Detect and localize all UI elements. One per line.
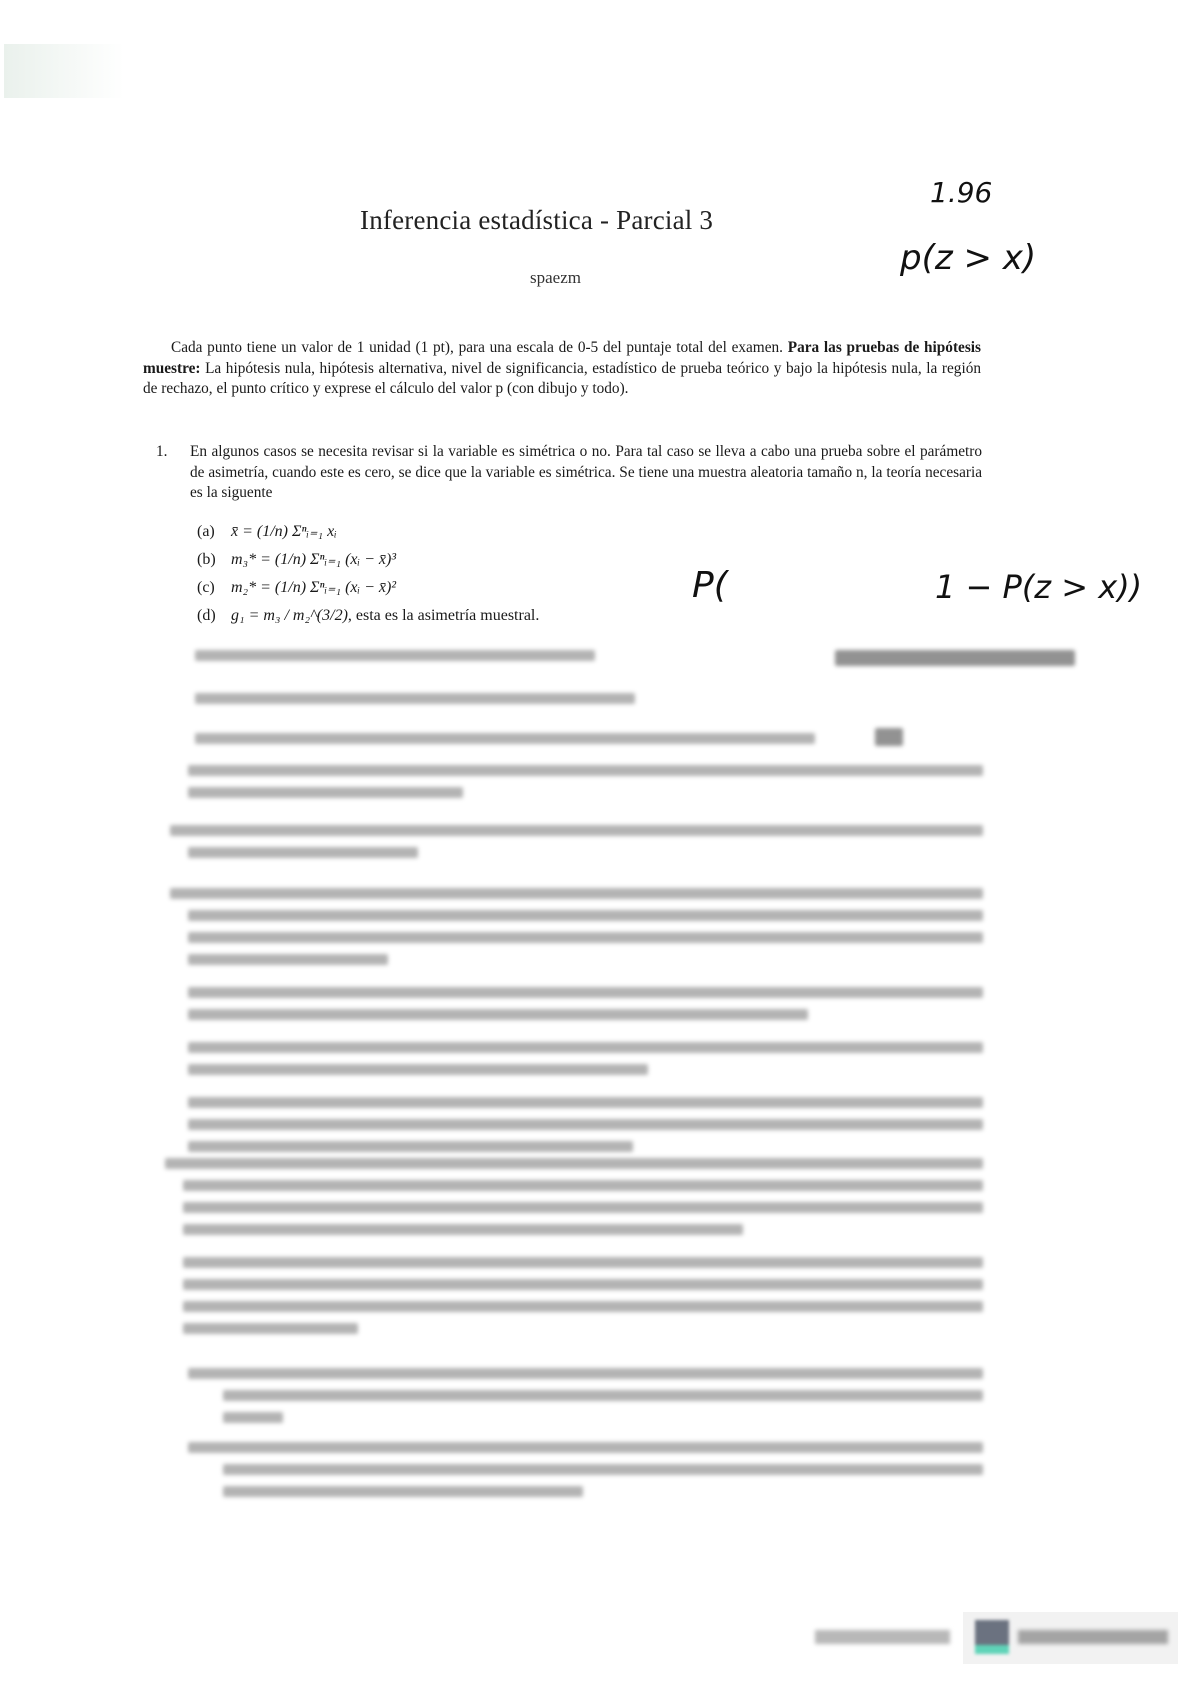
blurred-question-2: [170, 825, 983, 869]
handwritten-note-critical-value: 1.96: [930, 176, 992, 209]
formula-item: (d) g₁ = m₃ / m₂^(3/2), esta es la asime…: [197, 602, 539, 630]
question-text: En algunos casos se necesita revisar si …: [190, 442, 982, 504]
instructions-line1: Cada punto tiene un valor de 1 unidad (1…: [171, 339, 783, 356]
formula-label: (c): [197, 574, 227, 602]
scan-artifact: [4, 44, 124, 98]
document-title: Inferencia estadística - Parcial 3: [360, 205, 713, 236]
formula-label: (d): [197, 602, 227, 630]
blurred-subitem-a: [188, 1368, 983, 1434]
formula-item: (a) x̄ = (1/n) Σⁿᵢ₌₁ xᵢ: [197, 518, 539, 546]
instructions-paragraph: Cada punto tiene un valor de 1 unidad (1…: [143, 338, 981, 400]
formula-label: (b): [197, 546, 227, 574]
camscanner-logo-icon: [975, 1620, 1009, 1654]
handwritten-note-p-open: P(: [692, 565, 728, 606]
question-1: 1. En algunos casos se necesita revisar …: [172, 442, 982, 504]
blurred-question-3: [170, 888, 983, 1163]
blurred-item-e: [195, 650, 595, 672]
handwritten-note-probability: p(z > x): [900, 238, 1036, 278]
formula-math: x̄ = (1/n) Σⁿᵢ₌₁ xᵢ: [231, 523, 337, 540]
blurred-paragraph: [188, 765, 983, 809]
formula-item: (b) m₃* = (1/n) Σⁿᵢ₌₁ (xᵢ − x̄)³: [197, 546, 539, 574]
document-author: spaezm: [530, 268, 581, 288]
blurred-item-f: [195, 693, 635, 715]
instructions-rest: La hipótesis nula, hipótesis alternativa…: [143, 360, 981, 398]
blurred-item-g: [195, 733, 815, 755]
handwritten-note-complement: 1 − P(z > x)): [935, 568, 1142, 606]
formula-math: m₂* = (1/n) Σⁿᵢ₌₁ (xᵢ − x̄)²: [231, 579, 396, 596]
brand-name-text: [1018, 1630, 1168, 1644]
formula-item: (c) m₂* = (1/n) Σⁿᵢ₌₁ (xᵢ − x̄)²: [197, 574, 539, 602]
blurred-question-4: [165, 1158, 983, 1378]
formula-label: (a): [197, 518, 227, 546]
blurred-subitem-b: [188, 1442, 983, 1508]
camscanner-watermark: [815, 1612, 1180, 1662]
formula-math: m₃* = (1/n) Σⁿᵢ₌₁ (xᵢ − x̄)³: [231, 551, 396, 568]
formula-note: , esta es la asimetría muestral.: [348, 607, 539, 624]
blurred-handwriting-sum: [835, 650, 1075, 677]
question-number: 1.: [156, 442, 167, 463]
formula-math: g₁ = m₃ / m₂^(3/2): [231, 607, 348, 624]
formula-list: (a) x̄ = (1/n) Σⁿᵢ₌₁ xᵢ (b) m₃* = (1/n) …: [197, 518, 539, 630]
powered-by-text: [815, 1630, 950, 1644]
blurred-handwriting-symbol: [875, 728, 905, 757]
